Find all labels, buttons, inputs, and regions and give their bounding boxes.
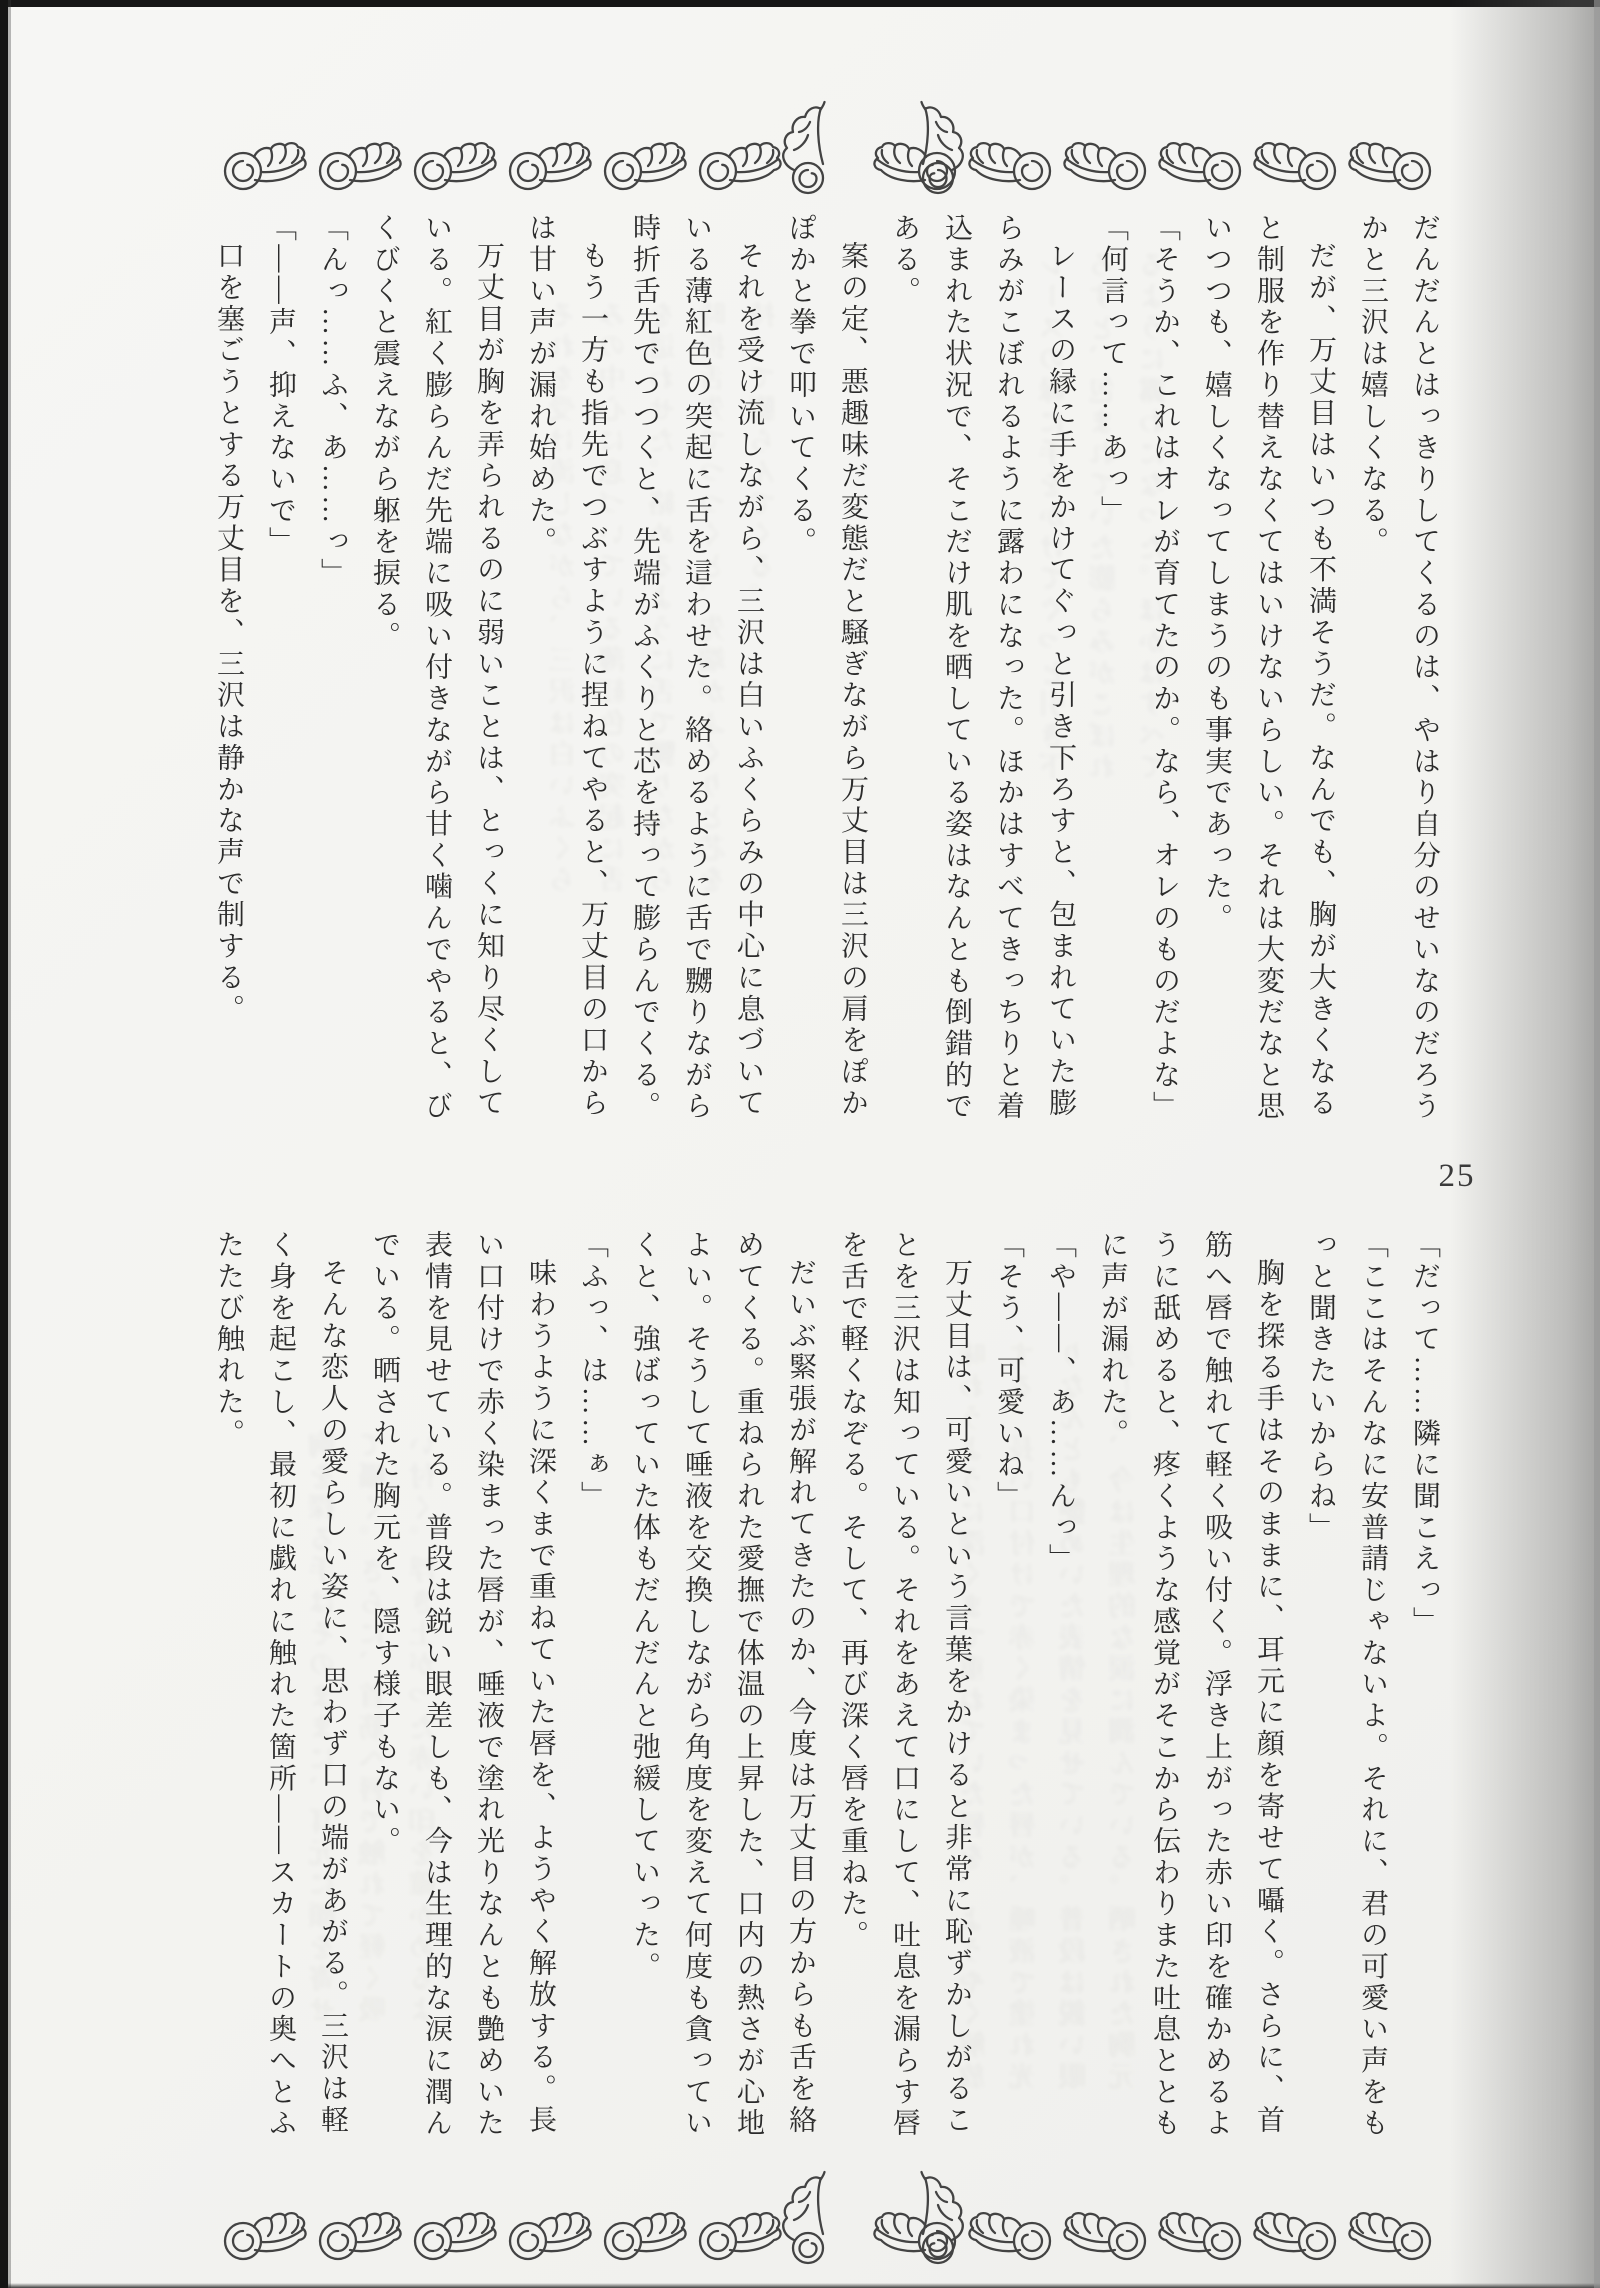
scanned-page: それを受け流しながら、三沢は白いふくらみの中心に息づいている薄紅色の突起に舌を這… bbox=[0, 0, 1600, 2288]
paragraph: 「や――、あ……んっ」 bbox=[1034, 1230, 1086, 2162]
paragraph: そんな恋人の愛らしい姿に、思わず口の端があがる。三沢は軽く身を起こし、最初に戯れ… bbox=[202, 1230, 358, 2162]
text-band-lower: 「だって……隣に聞こえっ」「ここはそんなに安普請じゃないよ。それに、君の可愛い声… bbox=[202, 1230, 1450, 2162]
paragraph: だが、万丈目はいつも不満そうだ。なんでも、胸が大きくなると制服を作り替えなくては… bbox=[1190, 213, 1346, 1145]
scan-edge-left bbox=[0, 0, 8, 2288]
paragraph: だんだんとはっきりしてくるのは、やはり自分のせいなのだろうかと三沢は嬉しくなる。 bbox=[1346, 213, 1450, 1145]
paragraph: 「――声、抑えないで」 bbox=[254, 213, 306, 1145]
text-band-upper: だんだんとはっきりしてくるのは、やはり自分のせいなのだろうかと三沢は嬉しくなる。… bbox=[202, 213, 1450, 1145]
scan-edge-top bbox=[0, 0, 1600, 7]
paragraph: 案の定、悪趣味だ変態だと騒ぎながら万丈目は三沢の肩をぽかぽかと拳で叩いてくる。 bbox=[774, 213, 878, 1145]
paragraph: だいぶ緊張が解れてきたのか、今度は万丈目の方からも舌を絡めてくる。重ねられた愛撫… bbox=[618, 1230, 826, 2162]
paragraph: 胸を探る手はそのままに、耳元に顔を寄せて囁く。さらに、首筋へ唇で触れて軽く吸い付… bbox=[1086, 1230, 1294, 2162]
paragraph: 万丈目が胸を弄られるのに弱いことは、とっくに知り尽くしている。紅く膨らんだ先端に… bbox=[358, 213, 514, 1145]
paragraph: 味わうように深くまで重ねていた唇を、ようやく解放する。長い口付けで赤く染まった唇… bbox=[358, 1230, 566, 2162]
scan-edge-bottom bbox=[0, 2283, 1600, 2288]
paragraph: レースの縁に手をかけてぐっと引き下ろすと、包まれていた膨らみがこぼれるように露わ… bbox=[878, 213, 1086, 1145]
ornament-border-top bbox=[207, 98, 1443, 198]
paragraph: 「だって……隣に聞こえっ」 bbox=[1398, 1230, 1450, 2162]
paragraph: それを受け流しながら、三沢は白いふくらみの中心に息づいている薄紅色の突起に舌を這… bbox=[618, 213, 774, 1145]
ornament-border-bottom bbox=[207, 2168, 1443, 2268]
page-gutter-shadow bbox=[1450, 0, 1600, 2288]
paragraph: 「ここはそんなに安普請じゃないよ。それに、君の可愛い声をもっと聞きたいからね」 bbox=[1294, 1230, 1398, 2162]
paragraph: 「そう、可愛いね」 bbox=[982, 1230, 1034, 2162]
paragraph: 「ふっ、は……ぁ」 bbox=[566, 1230, 618, 2162]
paragraph: 「何言って……あっ」 bbox=[1086, 213, 1138, 1145]
paragraph: 「そうか、これはオレが育てたのか。なら、オレのものだよな」 bbox=[1138, 213, 1190, 1145]
paragraph: もう一方も指先でつぶすように捏ねてやると、万丈目の口からは甘い声が漏れ始めた。 bbox=[514, 213, 618, 1145]
paragraph: 万丈目は、可愛いという言葉をかけると非常に恥ずかしがることを三沢は知っている。そ… bbox=[826, 1230, 982, 2162]
paragraph: 口を塞ごうとする万丈目を、三沢は静かな声で制する。 bbox=[202, 213, 254, 1145]
page-number: 25 bbox=[1422, 1158, 1492, 1195]
paragraph: 「んっ……ふ、あ……っ」 bbox=[306, 213, 358, 1145]
